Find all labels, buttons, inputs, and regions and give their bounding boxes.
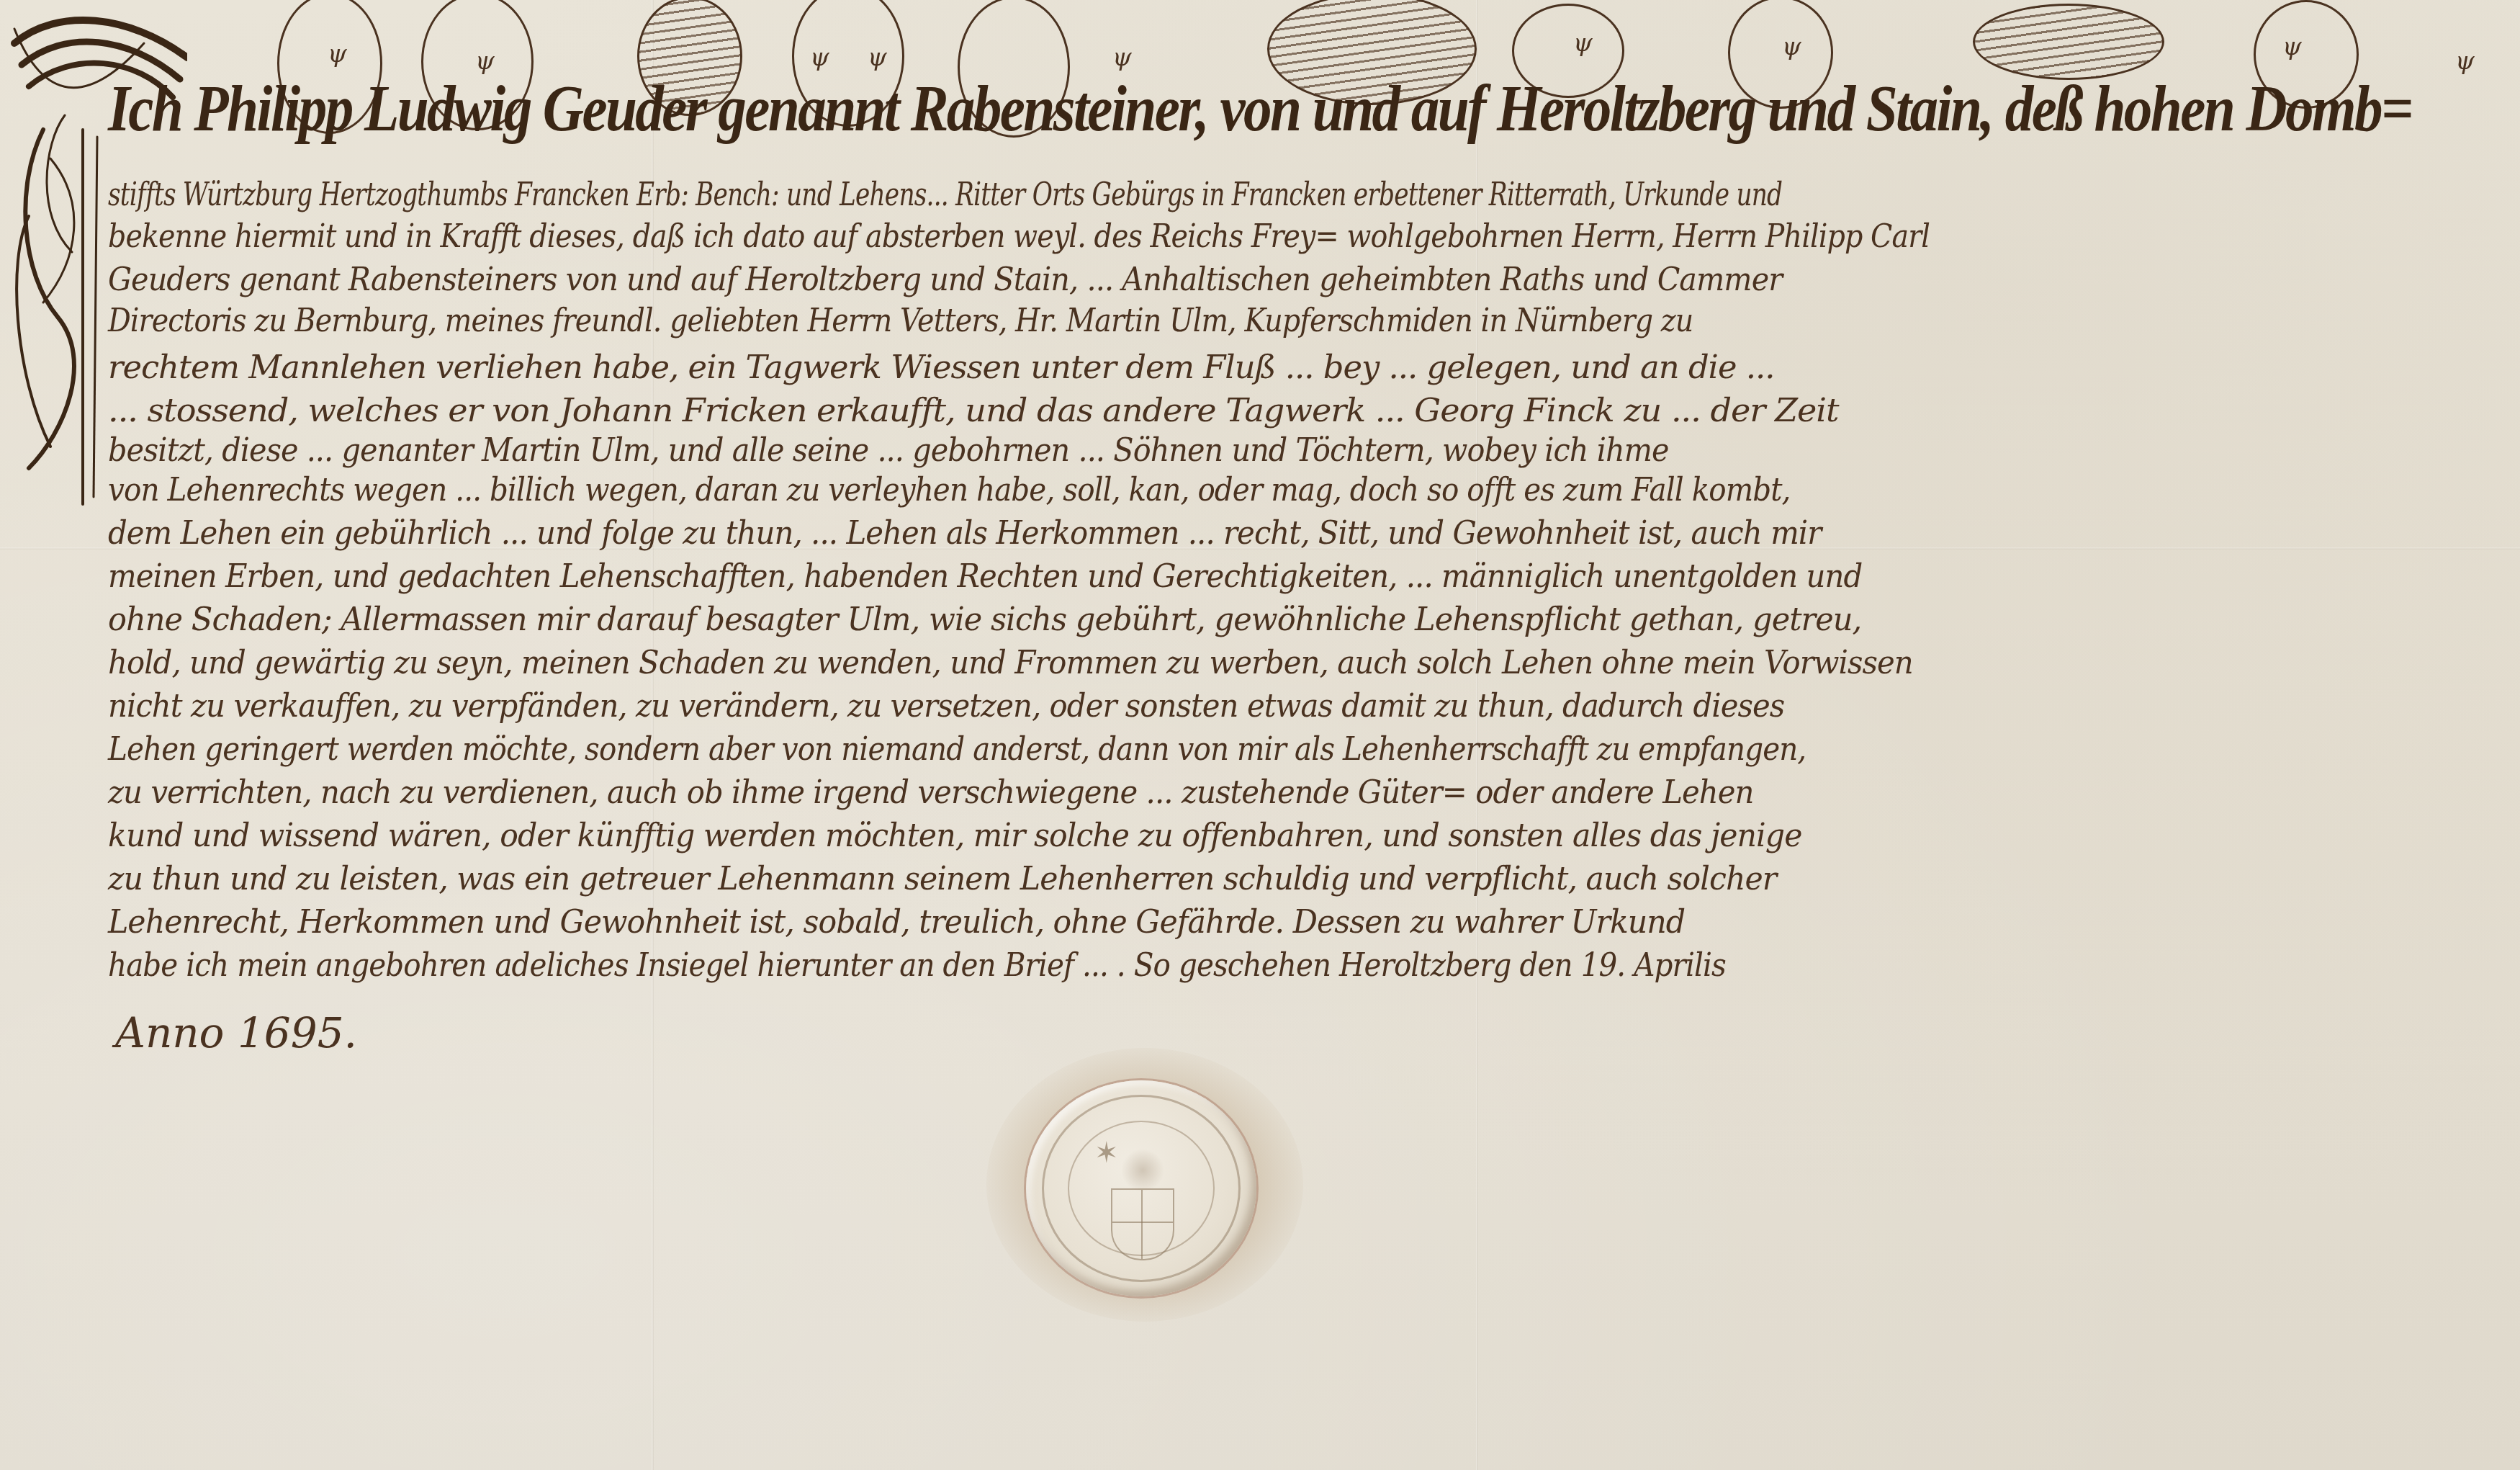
- coat-of-arms-shield-icon: [1111, 1188, 1174, 1260]
- body-line: kund und wissend wären, oder künfftig we…: [108, 817, 1801, 854]
- oval-mark: ψ: [2455, 47, 2475, 76]
- oval-mark: ψ: [868, 43, 887, 72]
- oval-mark: ψ: [1112, 43, 1132, 72]
- oval-mark: ψ: [1782, 32, 1801, 61]
- body-line: Directoris zu Bernburg, meines freundl. …: [108, 302, 1693, 339]
- body-line: Lehenrecht, Herkommen und Gewohnheit ist…: [108, 904, 1685, 941]
- body-line: zu verrichten, nach zu verdienen, auch o…: [108, 774, 1753, 811]
- body-line: Geuders genant Rabensteiners von und auf…: [108, 261, 1782, 298]
- parchment-document: ψ ψ ψ ψ ψ ψ ψ ψ ψ Ich Philipp Ludwig Geu…: [0, 0, 2520, 1470]
- document-heading: Ich Philipp Ludwig Geuder genannt Rabens…: [108, 68, 2151, 148]
- body-line: hold, und gewärtig zu seyn, meinen Schad…: [108, 645, 1913, 681]
- oval-mark: ψ: [2282, 32, 2302, 61]
- body-line: nicht zu verkauffen, zu verpfänden, zu v…: [108, 688, 1784, 725]
- body-line: besitzt, diese ... genanter Martin Ulm, …: [108, 432, 1668, 469]
- body-line: dem Lehen ein gebührlich ... und folge z…: [108, 515, 1821, 552]
- oval-mark: ψ: [810, 43, 829, 72]
- date-line: Anno 1695.: [115, 1008, 357, 1057]
- body-line: ... stossend, welches er von Johann Fric…: [108, 393, 1839, 429]
- body-line: zu thun und zu leisten, was ein getreuer…: [108, 861, 1776, 897]
- oval-mark: ψ: [1573, 29, 1593, 58]
- body-line: habe ich mein angebohren adeliches Insie…: [108, 947, 1726, 984]
- body-line: Lehen geringert werden möchte, sondern a…: [108, 731, 1806, 768]
- helm-icon: [1121, 1149, 1164, 1192]
- wax-seal: ✶: [1026, 1080, 1256, 1296]
- body-line: rechtem Mannlehen verliehen habe, ein Ta…: [108, 349, 1774, 386]
- body-line: bekenne hiermit und in Krafft dieses, da…: [108, 218, 1930, 255]
- body-line: von Lehenrechts wegen ... billich wegen,…: [108, 472, 1790, 508]
- body-line: stiffts Würtzburg Hertzogthumbs Francken…: [108, 176, 1782, 213]
- body-line: ohne Schaden; Allermassen mir darauf bes…: [108, 601, 1861, 638]
- star-crest-icon: ✶: [1094, 1137, 1119, 1170]
- oval-mark: ψ: [328, 40, 347, 68]
- body-line: meinen Erben, und gedachten Lehenschafft…: [108, 558, 1862, 595]
